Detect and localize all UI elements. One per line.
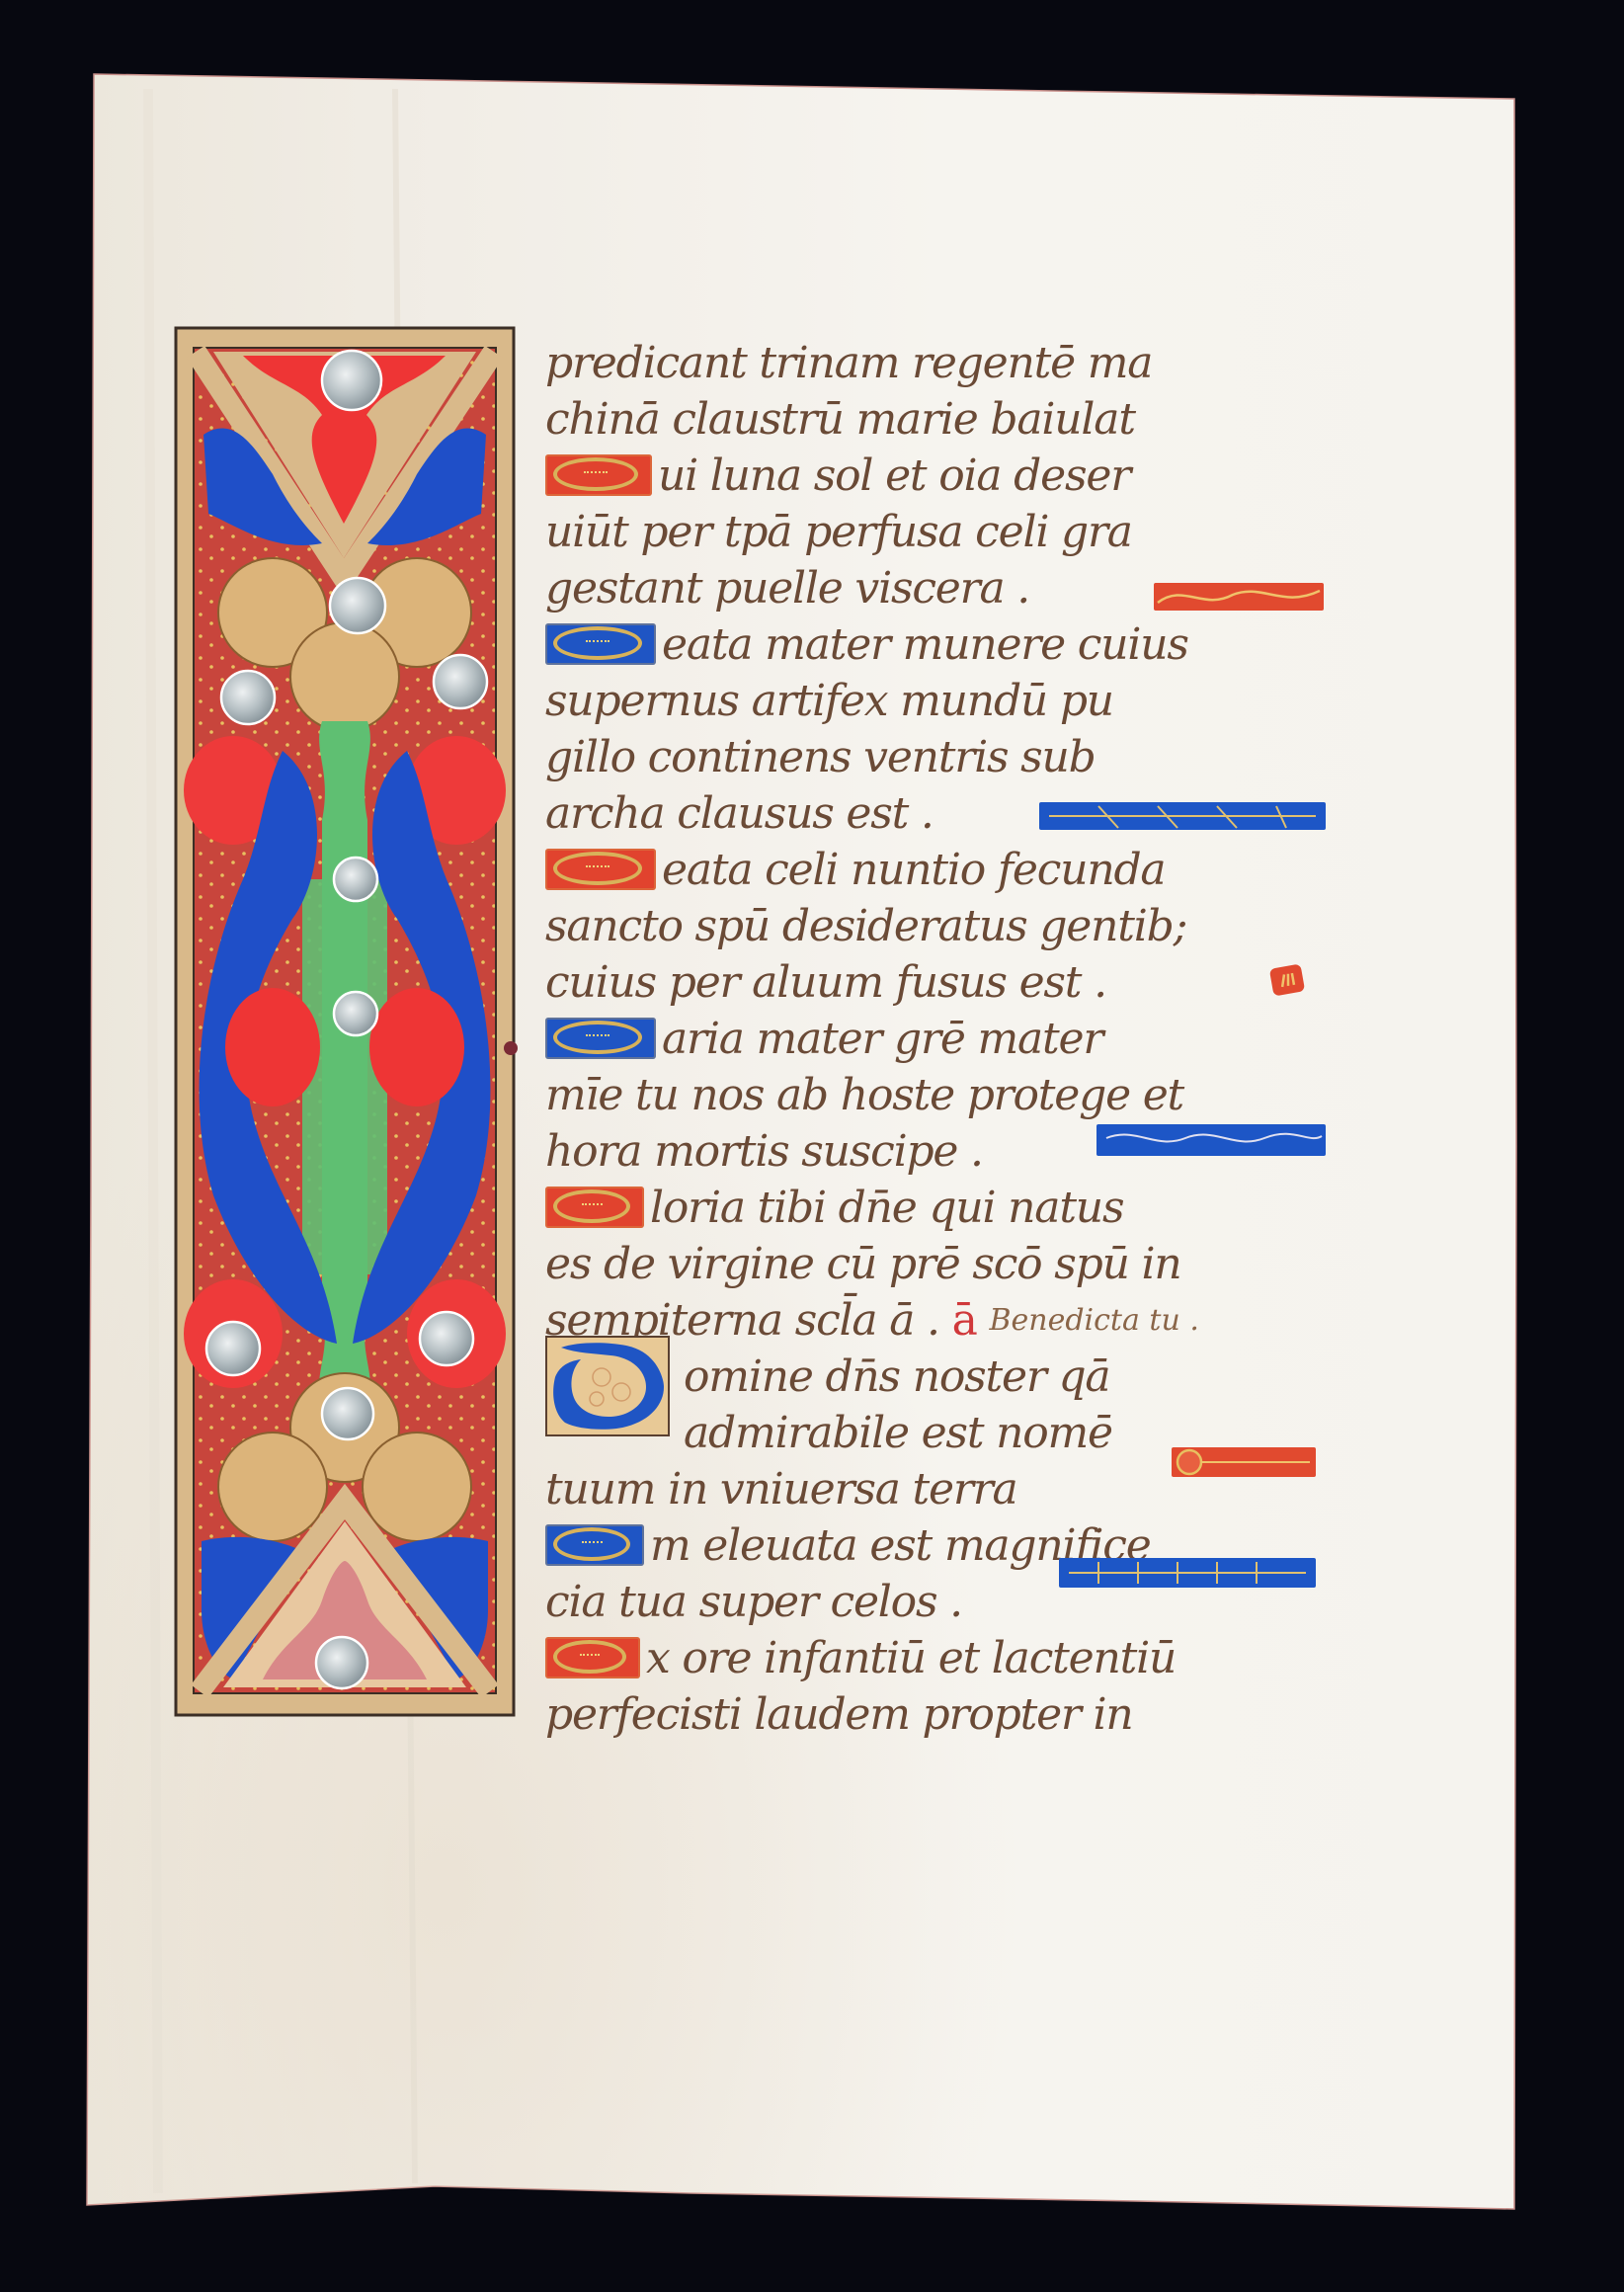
manuscript-leaf: predicant trinam regentē ma chinā claust… — [0, 0, 1624, 2292]
text-line-7: supernus artifex mundū pu — [545, 674, 1113, 729]
cue-benedicta: Benedicta tu . — [989, 1293, 1198, 1349]
initial-b-red — [545, 849, 656, 890]
text-line-3: ui luna sol et oia deser — [545, 449, 1130, 504]
initial-e-red — [545, 1637, 640, 1678]
text-line-11: sancto spū desideratus gentib; — [545, 899, 1186, 954]
text-line-1: predicant trinam regentē ma — [545, 336, 1152, 391]
text-line-2: chinā claustrū marie baiulat — [545, 392, 1135, 448]
line-filler-red-diamond — [1269, 963, 1305, 996]
text-line-15: hora mortis suscipe . — [545, 1124, 983, 1180]
text-line-12: cuius per aluum fusus est . — [545, 955, 1106, 1011]
text-line-23: cia tua super celos . — [545, 1575, 962, 1630]
initial-b-blue — [545, 623, 656, 665]
text-line-21: tuum in vniuersa terra — [545, 1462, 1017, 1517]
rubric-antiphon-mark: ā — [952, 1293, 977, 1349]
line-filler-blue-1 — [1039, 802, 1326, 830]
text-line-17: es de virgine cū prē scō spū in — [545, 1237, 1181, 1292]
decorated-border-panel — [174, 326, 516, 1717]
text-line-20: admirabile est nomē — [684, 1406, 1112, 1461]
text-line-16: loria tibi dn̄e qui natus — [545, 1181, 1123, 1236]
text-line-4: uiūt per tpā perfusa celi gra — [545, 505, 1132, 560]
text-line-5: gestant puelle viscera . — [545, 561, 1029, 616]
text-line-19: omine dn̄s noster qā — [684, 1350, 1109, 1405]
margin-dot — [504, 1041, 518, 1055]
text-line-14: mīe tu nos ab hoste protege et — [545, 1068, 1183, 1123]
initial-q-blue — [545, 1524, 644, 1566]
line-filler-blue-3 — [1059, 1558, 1316, 1588]
initial-m-blue — [545, 1018, 656, 1059]
text-line-9: archa clausus est . — [545, 786, 934, 842]
text-line-13: aria mater grē mater — [545, 1012, 1102, 1067]
text-line-6: eata mater munere cuius — [545, 617, 1188, 673]
line-filler-red-2 — [1172, 1447, 1316, 1477]
large-initial-d — [545, 1336, 670, 1436]
line-filler-red-1 — [1154, 583, 1324, 611]
text-line-8: gillo continens ventris sub — [545, 730, 1096, 785]
initial-q-red — [545, 454, 652, 496]
text-line-10: eata celi nuntio fecunda — [545, 843, 1165, 898]
text-line-24: x ore infantiū et lactentiū — [545, 1631, 1176, 1686]
text-line-25: perfecisti laudem propter in — [545, 1687, 1133, 1743]
line-filler-blue-2 — [1096, 1124, 1326, 1156]
initial-g-red — [545, 1187, 644, 1228]
